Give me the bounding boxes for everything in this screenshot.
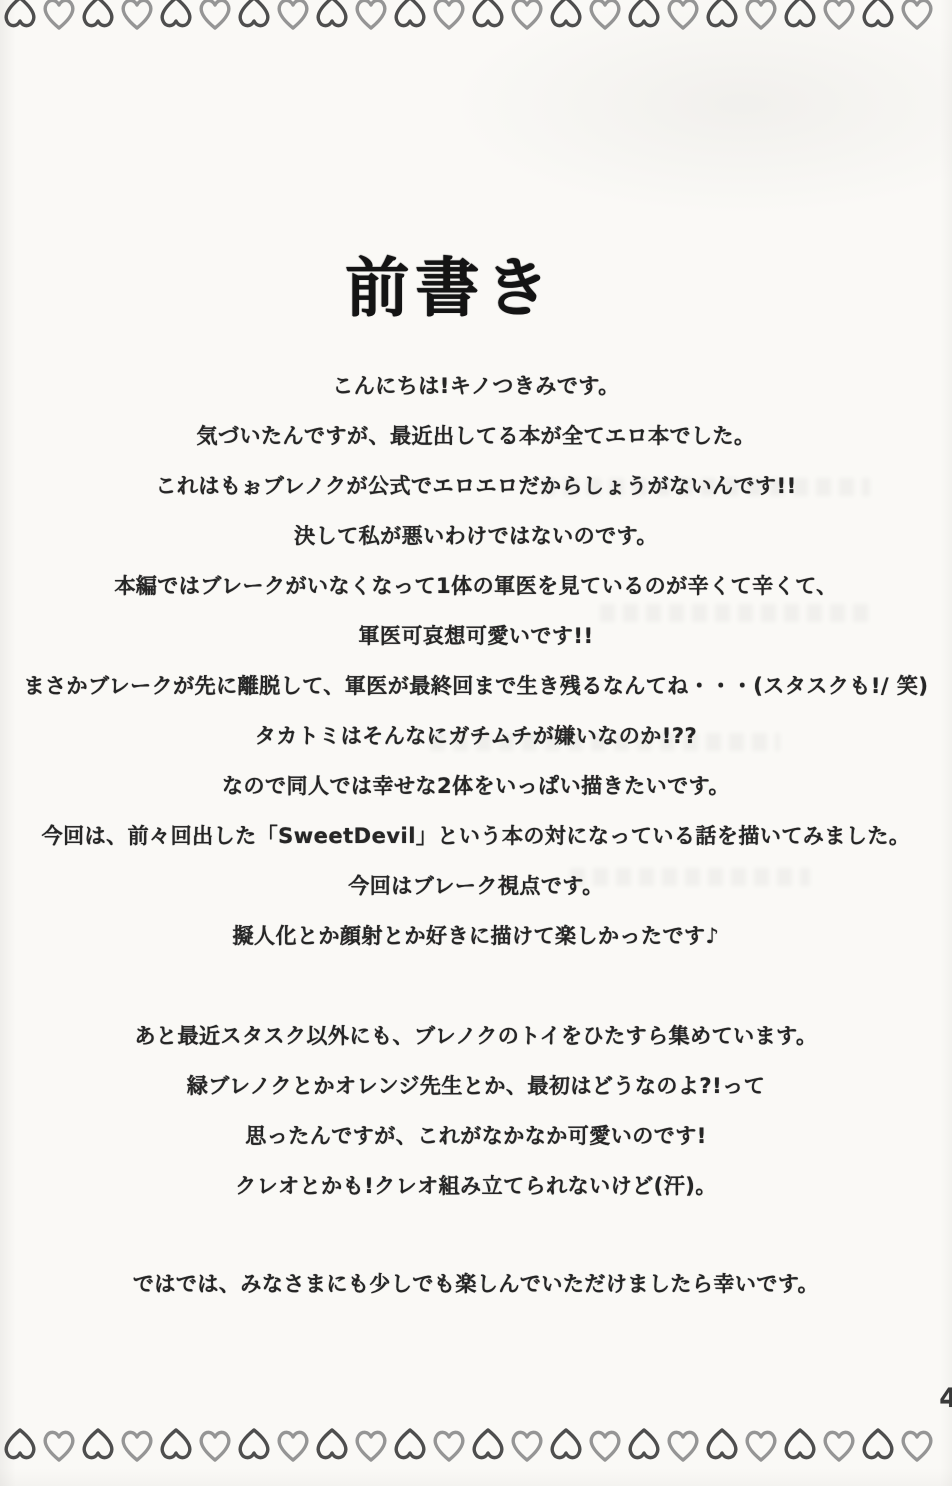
text-line: こんにちは!キノつきみです。 <box>0 360 952 410</box>
text-line: 軍医可哀想可愛いです!! <box>0 610 952 660</box>
heart-icon <box>39 1421 79 1469</box>
inverted-heart-icon <box>702 1421 742 1469</box>
page-title: 前書き <box>0 246 926 332</box>
inverted-heart-icon <box>780 1421 820 1469</box>
heart-icon <box>273 1421 313 1469</box>
inverted-heart-icon <box>78 1421 118 1469</box>
paragraph: こんにちは!キノつきみです。気づいたんですが、最近出してる本が全てエロ本でした。… <box>0 360 952 960</box>
inverted-heart-icon <box>156 1421 196 1469</box>
foreword-content: 前書き こんにちは!キノつきみです。気づいたんですが、最近出してる本が全てエロ本… <box>0 0 952 1308</box>
inverted-heart-icon <box>234 1421 274 1469</box>
inverted-heart-icon <box>546 1421 586 1469</box>
text-line: 緑ブレノクとかオレンジ先生とか、最初はどうなのよ?!って <box>0 1060 952 1110</box>
text-line: 決して私が悪いわけではないのです。 <box>0 510 952 560</box>
heart-icon <box>507 1421 547 1469</box>
paragraph: ではでは、みなさまにも少しでも楽しんでいただけましたら幸いです。 <box>0 1258 952 1308</box>
text-line: なので同人では幸せな2体をいっぱい描きたいです。 <box>0 760 952 810</box>
heart-icon <box>429 1421 469 1469</box>
text-line: 今回はブレーク視点です。 <box>0 860 952 910</box>
heart-icon <box>897 1421 937 1469</box>
paragraph: あと最近スタスク以外にも、ブレノクのトイをひたすら集めています。緑ブレノクとかオ… <box>0 1010 952 1210</box>
heart-icon <box>585 1421 625 1469</box>
text-line: まさかブレークが先に離脱して、軍医が最終回まで生き残るなんてね・・・(スタスクも… <box>0 660 952 710</box>
text-line: 気づいたんですが、最近出してる本が全てエロ本でした。 <box>0 410 952 460</box>
inverted-heart-icon <box>390 1421 430 1469</box>
text-line: あと最近スタスク以外にも、ブレノクのトイをひたすら集めています。 <box>0 1010 952 1060</box>
heart-icon <box>351 1421 391 1469</box>
inverted-heart-icon <box>858 1421 898 1469</box>
heart-border-bottom <box>0 1421 952 1469</box>
inverted-heart-icon <box>312 1421 352 1469</box>
text-line: ではでは、みなさまにも少しでも楽しんでいただけましたら幸いです。 <box>0 1258 952 1308</box>
heart-icon <box>117 1421 157 1469</box>
text-line: タカトミはそんなにガチムチが嫌いなのか!?? <box>0 710 952 760</box>
text-line: これはもぉブレノクが公式でエロエロだからしょうがないんです!! <box>0 460 952 510</box>
text-line: クレオとかも!クレオ組み立てられないけど(汗)。 <box>0 1160 952 1210</box>
foreword-paragraphs: こんにちは!キノつきみです。気づいたんですが、最近出してる本が全てエロ本でした。… <box>0 360 952 1308</box>
text-line: 本編ではブレークがいなくなって1体の軍医を見ているのが辛くて辛くて、 <box>0 560 952 610</box>
text-line: 思ったんですが、これがなかなか可愛いのです! <box>0 1110 952 1160</box>
text-line: 擬人化とか顔射とか好きに描けて楽しかったです♪ <box>0 910 952 960</box>
heart-icon <box>819 1421 859 1469</box>
heart-icon <box>741 1421 781 1469</box>
inverted-heart-icon <box>468 1421 508 1469</box>
text-line: 今回は、前々回出した「SweetDevil」という本の対になっている話を描いてみ… <box>0 810 952 860</box>
inverted-heart-icon <box>0 1421 40 1469</box>
heart-icon <box>195 1421 235 1469</box>
page-number: 4 <box>939 1383 952 1414</box>
heart-icon <box>663 1421 703 1469</box>
inverted-heart-icon <box>624 1421 664 1469</box>
scanned-document-page: 前書き こんにちは!キノつきみです。気づいたんですが、最近出してる本が全てエロ本… <box>0 0 952 1486</box>
